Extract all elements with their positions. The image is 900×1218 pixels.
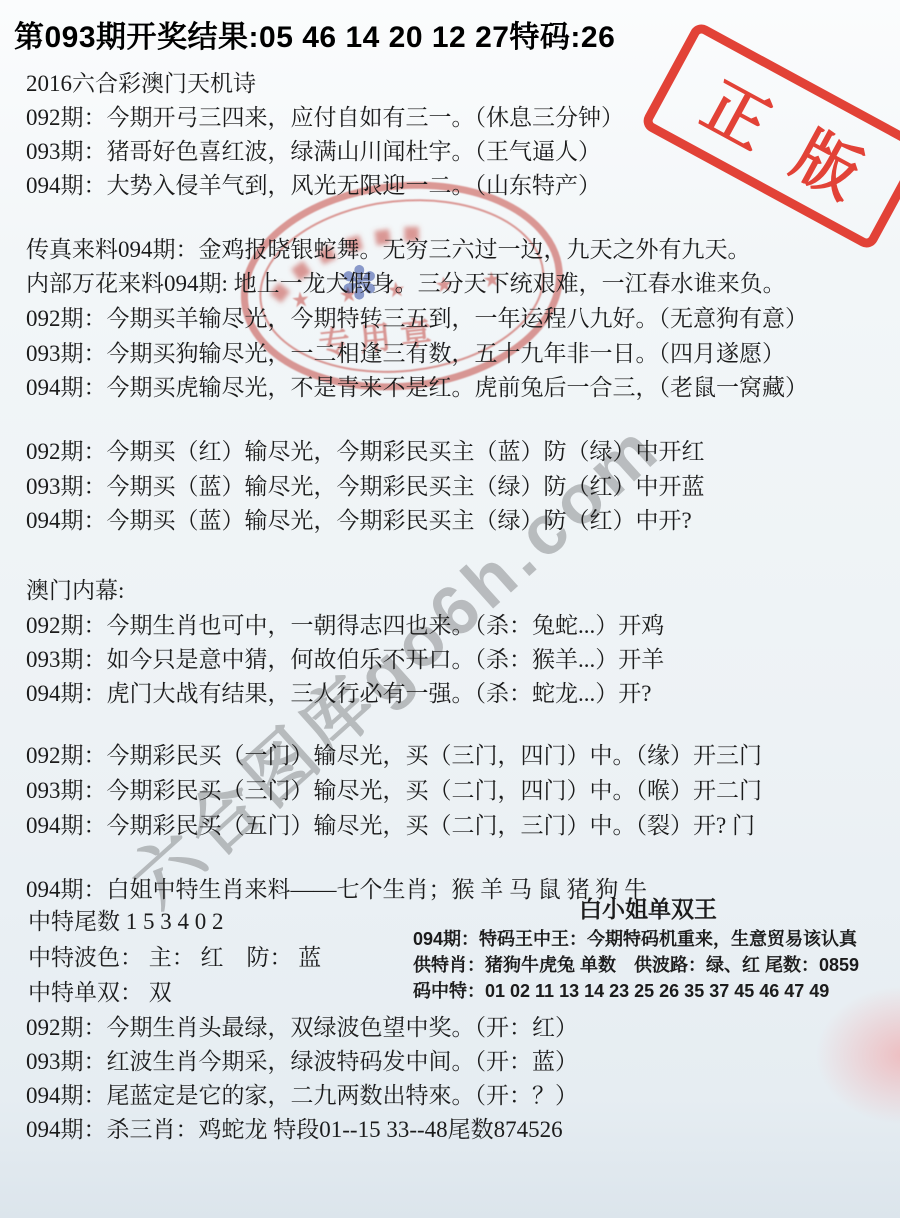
fax-line-092: 092期：今期买羊输尽光，今期特转三五到，一年运程八九好。（无意狗有意） — [26, 305, 808, 333]
bottom-line-092: 092期：今期生肖头最绿，双绿波色望中奖。（开：红） — [26, 1014, 578, 1042]
fax-line-093: 093期：今期买狗输尽光，一二相逢三有数，五十九年非一日。（四月遂愿） — [26, 340, 785, 368]
poem-line-093: 093期：猪哥好色喜红波，绿满山川闻杜宇。（王气逼人） — [26, 138, 601, 166]
baixiaojie-heading: 白小姐单双王 — [413, 895, 883, 923]
bottom-line-094: 094期：尾蓝定是它的家，二九两数出特來。（开：？） — [26, 1082, 578, 1110]
pink-smudge — [815, 985, 900, 1125]
special-tail-numbers: 中特尾数 1 5 3 4 0 2 — [28, 908, 224, 936]
authentic-stamp: 正 版 — [639, 20, 900, 251]
insider-line-093: 093期：如今只是意中猜，何故伯乐不开口。（杀：猴羊...）开羊 — [26, 646, 664, 674]
result-header: 第093期开奖结果:05 46 14 20 12 27特码:26 — [14, 24, 615, 52]
door-line-092: 092期：今期彩民买（一门）输尽光，买（三门，四门）中。（缘）开三门 — [26, 742, 762, 770]
fax-line-2: 内部万花来料094期: 地上一龙犬假身。三分天下统艰难，一江春水谁来负。 — [26, 270, 786, 298]
poem-title: 2016六合彩澳门天机诗 — [26, 70, 256, 98]
authentic-stamp-char2: 版 — [779, 105, 879, 216]
special-wave-color: 中特波色： 主： 红 防： 蓝 — [28, 944, 321, 972]
insider-heading: 澳门内幕: — [26, 577, 124, 605]
baixiaojie-line-1: 094期：特码王中王：今期特码机重来，生意贸易该认真 — [413, 925, 857, 953]
lottery-tips-page: 六合图库go6h.com ■■■■■■ ★ ★ ★ ★ ★ 专用章 ✽ 正 版 … — [0, 0, 900, 1218]
color-line-094: 094期：今期买（蓝）输尽光，今期彩民买主（绿）防（红）中开? — [26, 507, 692, 535]
door-line-094: 094期：今期彩民买（五门）输尽光，买（二门，三门）中。（裂）开? 门 — [26, 812, 755, 840]
fax-line-1: 传真来料094期：金鸡报晓银蛇舞。无穷三六过一边，九天之外有九天。 — [26, 236, 751, 264]
poem-line-094: 094期：大势入侵羊气到，风光无限迎一二。（山东特产） — [26, 172, 601, 200]
baixiaojie-line-2: 供特肖：猪狗牛虎兔 单数 供波路：绿、红 尾数：0859 — [413, 951, 859, 979]
authentic-stamp-char1: 正 — [689, 56, 789, 167]
insider-line-092: 092期：今期生肖也可中，一朝得志四也来。（杀：兔蛇...）开鸡 — [26, 612, 664, 640]
bottom-line-093: 093期：红波生肖今期采，绿波特码发中间。（开：蓝） — [26, 1048, 578, 1076]
bottom-line-kill: 094期：杀三肖：鸡蛇龙 特段01--15 33--48尾数874526 — [26, 1116, 563, 1144]
color-line-092: 092期：今期买（红）输尽光，今期彩民买主（蓝）防（绿）中开红 — [26, 438, 705, 466]
door-line-093: 093期：今期彩民买（三门）输尽光，买（二门，四门）中。（喉）开二门 — [26, 777, 762, 805]
fax-line-094: 094期：今期买虎输尽光，不是青来不是红。虎前兔后一合三，（老鼠一窝藏） — [26, 374, 808, 402]
special-odd-even: 中特单双： 双 — [28, 979, 172, 1007]
insider-line-094: 094期：虎门大战有结果，三人行必有一强。（杀：蛇龙...）开? — [26, 680, 651, 708]
baixiaojie-line-3: 码中特：01 02 11 13 14 23 25 26 35 37 45 46 … — [413, 977, 829, 1005]
color-line-093: 093期：今期买（蓝）输尽光，今期彩民买主（绿）防（红）中开蓝 — [26, 473, 705, 501]
poem-line-092: 092期：今期开弓三四来，应付自如有三一。（休息三分钟） — [26, 104, 624, 132]
